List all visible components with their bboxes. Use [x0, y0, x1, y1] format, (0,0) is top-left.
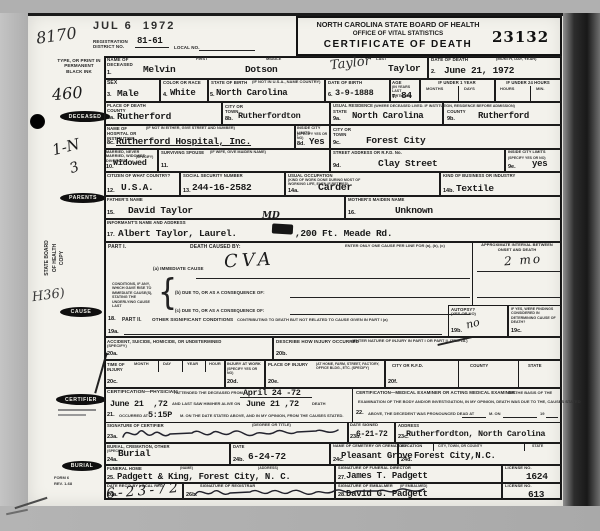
- occ-value: Carder: [318, 184, 352, 194]
- margin-instruction: TYPE, OR PRINT IN PERMANENT BLACK INK: [56, 58, 102, 74]
- race-label: COLOR OR RACE: [163, 80, 201, 85]
- embsig-label: SIGNATURE OF EMBALMER: [338, 484, 393, 489]
- dob-num: 6.: [328, 93, 333, 99]
- timeinj-month: MONTH: [134, 362, 149, 367]
- hospital-value: Rutherford Hospital, Inc.: [116, 137, 251, 147]
- spouse-num: 11.: [161, 164, 168, 170]
- under1-days: DAYS: [464, 87, 475, 92]
- ssn-value: 244-16-2582: [192, 183, 251, 193]
- howinj-label: DESCRIBE HOW INJURY OCCURRED: [276, 339, 359, 344]
- form-note-line2: REV. 1-68: [54, 482, 72, 487]
- name-col-first: FIRST: [196, 57, 208, 62]
- informant-value-2: ,200 Ft. Meade Rd.: [295, 229, 392, 239]
- scan-left-band: [0, 13, 28, 506]
- conditions-note: CONDITIONS, IF ANY, WHICH GAVE RISE TO I…: [112, 282, 158, 309]
- fhome-label: FUNERAL HOME: [107, 466, 142, 471]
- dod-sub: (MONTH, DAY, YEAR): [496, 57, 536, 62]
- date-received-stamp: JUL 6 1972: [93, 20, 175, 32]
- header-line2: OFFICE OF VITAL STATISTICS: [300, 30, 496, 37]
- certme-t4: M. ON: [489, 412, 501, 417]
- timeinj-num: 20c.: [107, 380, 118, 386]
- handwritten-460: 460: [51, 83, 83, 105]
- certaddr-value: Rutherfordton, North Carolina: [406, 430, 545, 439]
- rcity-value: Forest City: [366, 136, 425, 146]
- autopsy-num: 19b.: [451, 329, 462, 335]
- handwritten-interval: 2 mo: [504, 252, 543, 269]
- rlimits-value: yes: [532, 160, 547, 169]
- certme-t2: EXAMINATION OF THE BODY AND/OR INVESTIGA…: [358, 400, 581, 405]
- blank-line: [135, 47, 169, 48]
- fhome-col2: (ADDRESS): [258, 466, 278, 470]
- parents-stamp: PARENTS: [60, 193, 106, 203]
- rstreet-num: 9d.: [333, 164, 341, 170]
- emblic-value: 613: [528, 490, 544, 500]
- placeinj-num: 20e.: [268, 380, 279, 386]
- city-value: Rutherfordton: [238, 112, 300, 121]
- part2-line: [124, 334, 442, 335]
- certme-t5: 19: [540, 412, 544, 417]
- under1-label: IF UNDER 1 YEAR: [422, 80, 492, 85]
- rlimits-num: 9e.: [508, 165, 516, 171]
- scan-right-dark-band: [563, 13, 600, 506]
- name-middle-value: Dotson: [245, 65, 277, 75]
- rcity-num: 9c.: [333, 141, 341, 147]
- cemloc-col2: STATE: [532, 444, 543, 448]
- mother-label: MOTHER'S MAIDEN NAME: [348, 197, 405, 202]
- bstate-value: North Carolina: [216, 89, 287, 98]
- spouse-sub: (IF WIFE, GIVE MAIDEN NAME): [210, 150, 266, 155]
- bdate-num: 24b.: [233, 458, 244, 464]
- certme-t1: ON THE BASIS OF THE: [508, 391, 552, 396]
- city-num: 8b.: [225, 117, 233, 123]
- rstreet-value: Clay Street: [378, 159, 437, 169]
- age-value: 84: [401, 91, 412, 101]
- certmd-t1: I ATTENDED THE DECEASED FROM: [174, 391, 243, 396]
- citizen-label: CITIZEN OF WHAT COUNTRY?: [107, 173, 170, 178]
- burial-value: Burial: [118, 449, 150, 459]
- sex-num: 3.: [107, 93, 112, 99]
- name-first-value: Melvin: [143, 65, 175, 75]
- rstate-value: North Carolina: [352, 112, 423, 121]
- spouse-label: SURVIVING SPOUSE: [161, 150, 204, 155]
- race-num: 4.: [163, 93, 168, 99]
- under1-months: MONTHS: [426, 87, 443, 92]
- bdate-value: 6-24-72: [248, 452, 286, 462]
- part2-note: CONTRIBUTING TO DEATH BUT NOT RELATED TO…: [237, 318, 388, 323]
- cause-c-label: (c) DUE TO, OR AS A CONSEQUENCE OF:: [175, 308, 264, 313]
- hole-punch: [30, 114, 45, 129]
- bdate-label: DATE: [233, 444, 245, 449]
- certificate-number: 23132: [492, 28, 549, 46]
- timeinj-year: YEAR: [187, 362, 198, 367]
- age-num: 7.: [392, 95, 397, 101]
- certme-title: CERTIFICATION—MEDICAL EXAMINER OR ACTING…: [356, 390, 517, 395]
- certmd-t2: AND LAST SAW HIM/HER ALIVE ON: [172, 402, 240, 407]
- divider: [158, 360, 159, 372]
- name-col-middle: MIDDLE: [266, 57, 281, 62]
- placeinj-sub: (AT HOME, FARM, STREET, FACTORY, OFFICE …: [316, 362, 382, 370]
- cemloc-value: Forest City,N.C.: [414, 452, 496, 461]
- under24-min: MIN.: [536, 87, 544, 92]
- citizen-num: 12.: [107, 189, 115, 195]
- fhome-col1: (NAME): [180, 466, 193, 470]
- bstate-num: 5.: [210, 93, 215, 99]
- county-value: Rutherford: [117, 112, 171, 122]
- illegible-margin-text: [58, 414, 86, 416]
- local-no-label: LOCAL NO.: [174, 45, 200, 50]
- embsig-value: David G. Padgett: [346, 490, 428, 499]
- informant-num: 17.: [107, 233, 115, 239]
- datesigned-label: DATE SIGNED: [350, 423, 378, 428]
- part1-label2: DEATH CAUSED BY:: [190, 244, 241, 250]
- registration-district-no: 81-61: [137, 37, 163, 46]
- rstate-label: STATE: [333, 109, 347, 114]
- father-num: 15.: [107, 211, 115, 217]
- certifier-signature: [120, 424, 345, 442]
- howinj-num: 20b.: [276, 352, 287, 358]
- divider: [205, 360, 206, 372]
- howinj-sub: (ENTER NATURE OF INJURY IN PART I OR PAR…: [352, 339, 468, 344]
- certmd-alive-date: June 21 ,72: [246, 400, 299, 409]
- hospital-num: 8c.: [107, 141, 115, 147]
- cause-b-line: [290, 297, 470, 298]
- field-residence-city: [330, 125, 562, 149]
- blank-line: [546, 417, 558, 418]
- rstate-num: 9a.: [333, 117, 341, 123]
- interval-label: APPROXIMATE INTERVAL BETWEEN ONSET AND D…: [476, 243, 558, 252]
- illegible-margin-text: [58, 409, 96, 411]
- handwritten-md: MD: [262, 211, 280, 221]
- fhome-num: 25.: [107, 476, 115, 482]
- father-label: FATHER'S NAME: [107, 197, 143, 202]
- name-label: NAME OF DECEASED: [107, 57, 137, 68]
- blank-line: [503, 417, 537, 418]
- certme-t3: ABOVE, THE DECEDENT WAS PRONOUNCED DEAD …: [368, 412, 474, 417]
- accident-sub: (SPECIFY): [107, 344, 127, 349]
- ink-smudge: [272, 223, 293, 234]
- divider: [472, 242, 473, 305]
- divider: [182, 360, 183, 372]
- injwork-sub: (SPECIFY YES OR NO): [227, 367, 263, 375]
- name-col-last: LAST: [376, 57, 386, 62]
- mother-num: 16.: [348, 211, 356, 217]
- rcounty-num: 9b.: [447, 117, 455, 123]
- divider: [458, 86, 459, 102]
- interval-b-line: [477, 297, 560, 298]
- interval-a-line: [477, 271, 560, 272]
- name-num: 1.: [107, 71, 112, 77]
- industry-label: KIND OF BUSINESS OR INDUSTRY: [443, 173, 515, 178]
- copy-line3: COPY: [59, 230, 67, 286]
- dob-value: 3-9-1888: [335, 89, 373, 98]
- certmd-title: CERTIFICATION—PHYSICIAN:: [107, 390, 179, 396]
- marital-value: Widowed: [113, 159, 147, 168]
- father-value: David Taylor: [128, 206, 193, 216]
- part1-note: ENTER ONLY ONE CAUSE PER LINE FOR (a), (…: [345, 244, 445, 249]
- copy-line2: OF HEALTH: [52, 230, 60, 286]
- datesigned-value: 6-21-72: [356, 431, 388, 439]
- citizen-value: U.S.A.: [121, 183, 153, 193]
- dod-label: DATE OF DEATH: [431, 57, 468, 62]
- cemetery-label: NAME OF CEMETERY OR CREMATORY: [333, 444, 407, 449]
- rcounty-value: Rutherford: [478, 112, 529, 121]
- certmd-t3: DEATH: [312, 402, 325, 407]
- industry-num: 14b.: [443, 189, 454, 195]
- cause-stamp: CAUSE: [60, 307, 102, 317]
- fdlic-value: 1624: [526, 472, 548, 482]
- findings-num: 19c.: [511, 329, 522, 335]
- under24-hours: HOURS: [500, 87, 514, 92]
- injloc-city-label: CITY OR R.F.D.: [392, 363, 423, 368]
- dod-value: June 21, 1972: [444, 66, 514, 76]
- informant-value-1: Albert Taylor, Laurel.: [118, 229, 237, 239]
- divider: [433, 443, 434, 451]
- rcity-label: CITY OR TOWN: [333, 127, 357, 137]
- certifier-stamp: CERTIFIER: [56, 394, 106, 405]
- divider: [518, 360, 519, 388]
- embsig-num: 28.: [338, 493, 346, 499]
- cause-b-label: (b) DUE TO, OR AS A CONSEQUENCE OF:: [175, 290, 265, 295]
- county-num: 8a.: [107, 116, 115, 122]
- sex-value: Male: [117, 89, 139, 99]
- scan-bottom-band: [0, 506, 600, 531]
- header-text: NORTH CAROLINA STATE BOARD OF HEALTH OFF…: [300, 20, 496, 50]
- copy-line1: STATE BOARD: [44, 230, 52, 286]
- header-line1: NORTH CAROLINA STATE BOARD OF HEALTH: [300, 20, 496, 29]
- timeinj-label: TIME OF INJURY: [107, 362, 129, 372]
- cause-c-line: [290, 314, 470, 315]
- certme-num: 22.: [356, 411, 364, 417]
- injwork-label: INJURY AT WORK: [227, 362, 263, 367]
- divider: [352, 388, 353, 422]
- fdsig-value: James T. Padgett: [346, 472, 428, 481]
- certaddr-label: ADDRESS: [398, 423, 419, 428]
- part2-label2: OTHER SIGNIFICANT CONDITIONS: [152, 317, 233, 323]
- rlimits-label: INSIDE CITY LIMITS: [508, 150, 548, 155]
- handwritten-cva: CVA: [223, 249, 275, 273]
- findings-label: IF YES, WERE FINDINGS CONSIDERED IN DETE…: [511, 307, 561, 324]
- burial-num: 24a.: [107, 458, 118, 464]
- scanned-death-certificate: 8170 JUL 6 1972 REGISTRATION DISTRICT NO…: [0, 0, 600, 531]
- dob-label: DATE OF BIRTH: [328, 80, 362, 85]
- mother-value: Unknown: [395, 206, 433, 216]
- name-last-value: Taylor: [388, 64, 420, 74]
- informant-label: INFORMANT'S NAME AND ADDRESS: [107, 220, 186, 225]
- bstate-sub: (IF NOT IN U.S.A., NAME COUNTRY): [252, 80, 322, 85]
- divider: [524, 443, 525, 451]
- cause-a-line: [196, 278, 470, 279]
- ssn-num: 13.: [183, 189, 191, 195]
- residence-label: USUAL RESIDENCE: [333, 103, 373, 108]
- fdsig-label: SIGNATURE OF FUNERAL DIRECTOR: [338, 466, 411, 471]
- certmd-time: 5:15P: [148, 411, 172, 420]
- blank-line: [462, 417, 486, 418]
- rcounty-label: COUNTY: [447, 109, 466, 114]
- occ-num: 14a.: [288, 189, 299, 195]
- sigcert-num: 23a.: [107, 435, 118, 441]
- cemloc-label: LOCATION: [401, 444, 422, 449]
- injwork-num: 20d.: [227, 380, 238, 386]
- race-value: White: [170, 89, 196, 98]
- injloc-county-label: COUNTY: [470, 363, 488, 368]
- industry-value: Textile: [456, 184, 494, 194]
- cemloc-col1: CITY, TOWN, OR COUNTY: [438, 444, 482, 448]
- hlimits-value: Yes: [309, 138, 324, 147]
- embsig-sub: (IF EMBALMED): [400, 484, 427, 488]
- certmd-to-date: June 21 ,72: [110, 400, 168, 409]
- divider: [530, 86, 531, 102]
- fdsig-num: 27.: [338, 476, 346, 482]
- dod-num: 2.: [431, 70, 436, 76]
- deceased-stamp: DECEASED: [60, 111, 110, 122]
- hlimits-num: 8d.: [297, 142, 305, 148]
- part2-num: 18.: [108, 317, 116, 323]
- copy-designation: STATE BOARD OF HEALTH COPY: [44, 230, 80, 286]
- blank-line: [240, 397, 312, 398]
- certmd-t5: M. ON THE DATE STATED ABOVE, AND IN MY O…: [180, 414, 344, 419]
- header-line3: CERTIFICATE OF DEATH: [300, 39, 496, 50]
- cemloc-num: 24d.: [401, 458, 412, 464]
- part2-label: PART II.: [122, 317, 142, 323]
- timeinj-hour: HOUR: [209, 362, 221, 367]
- injloc-num: 20f.: [388, 380, 397, 386]
- placeinj-label: PLACE OF INJURY: [268, 362, 308, 367]
- accident-num: 20a.: [107, 352, 118, 358]
- sex-label: SEX: [107, 80, 117, 86]
- registration-district-label: REGISTRATION DISTRICT NO.: [93, 39, 131, 50]
- hospital-sub: (IF NOT IN EITHER, GIVE STREET AND NUMBE…: [146, 126, 235, 131]
- scan-top-band: [0, 0, 600, 13]
- fhome-value: Padgett & King, Forest City, N. C.: [117, 473, 290, 482]
- under24-label: IF UNDER 24 HOURS: [496, 80, 560, 85]
- certmd-num: 21.: [107, 413, 115, 419]
- injloc-state-label: STATE: [528, 363, 542, 368]
- bstate-label: STATE OF BIRTH: [211, 80, 247, 85]
- rstreet-label: STREET ADDRESS OR R.F.D. No.: [333, 150, 402, 155]
- certmd-t4: OCCURRED AT: [119, 414, 148, 419]
- divider: [458, 360, 459, 388]
- part1-label: PART I.: [108, 244, 126, 250]
- timeinj-day: DAY: [163, 362, 171, 367]
- blank-line: [199, 50, 255, 51]
- burial-stamp: BURIAL: [62, 461, 102, 471]
- ssn-label: SOCIAL SECURITY NUMBER: [183, 173, 243, 178]
- part2-num2: 19a.: [108, 330, 119, 336]
